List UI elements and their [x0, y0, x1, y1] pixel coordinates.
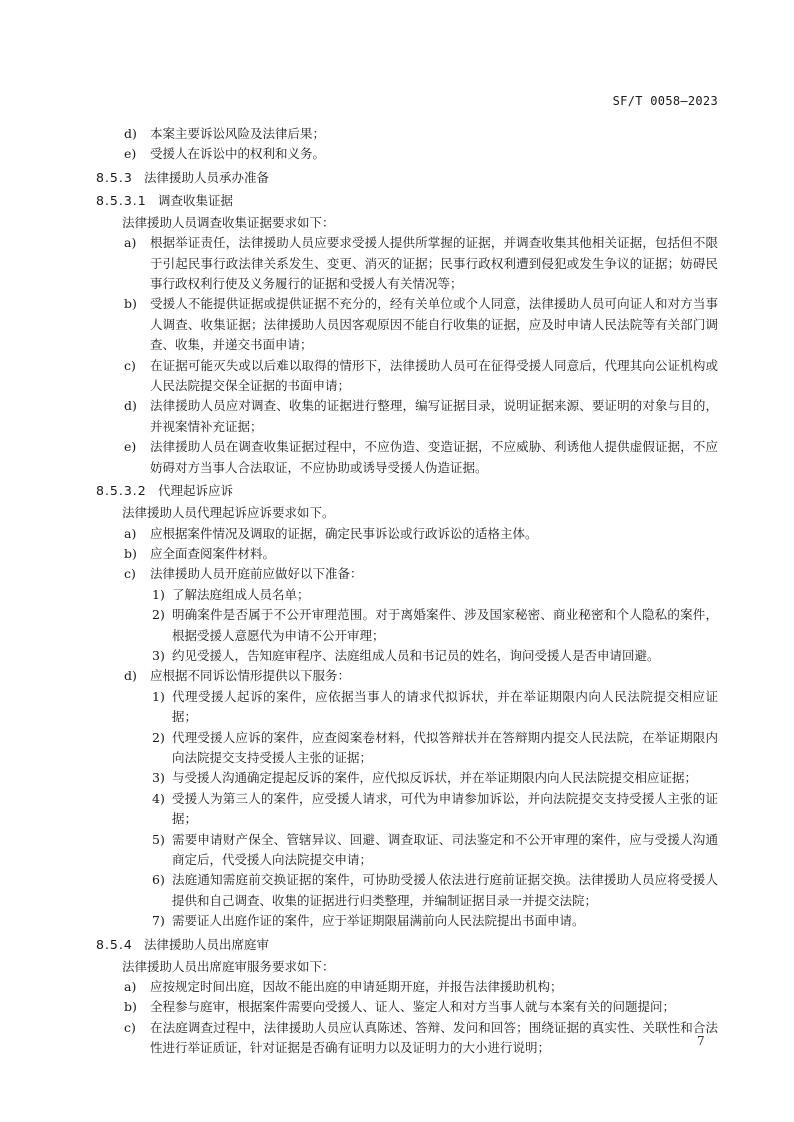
sub-list-marker: 6)	[152, 870, 165, 890]
list-item: e)受援人在诉讼中的权利和义务。	[96, 144, 718, 164]
list-marker: b)	[124, 544, 137, 564]
sub-list-marker: 4)	[152, 789, 165, 809]
sub-list-item-text: 与受援人沟通确定提起反诉的案件，应代拟反诉状，并在举证期限内向人民法院提交相应证…	[172, 768, 718, 788]
list-item-text: 法律援助人员在调查收集证据过程中，不应伪造、变造证据，不应威胁、利诱他人提供虚假…	[150, 437, 718, 478]
list-item: a)应按规定时间出庭，因故不能出庭的申请延期开庭，并报告法律援助机构；	[96, 977, 718, 997]
sub-list-item-text: 受援人为第三人的案件，应受援人请求，可代为申请参加诉讼，并向法院提交支持受援人主…	[172, 789, 718, 830]
document-body: d)本案主要诉讼风险及法律后果； e)受援人在诉讼中的权利和义务。 8.5.3法…	[96, 124, 718, 1059]
sub-list-item: 4)受援人为第三人的案件，应受援人请求，可代为申请参加诉讼，并向法院提交支持受援…	[96, 789, 718, 830]
sub-list-marker: 2)	[152, 728, 165, 748]
list-item-text: 应根据案件情况及调取的证据，确定民事诉讼或行政诉讼的适格主体。	[150, 524, 718, 544]
list-item-text: 应全面查阅案件材料。	[150, 544, 718, 564]
section-title: 调查收集证据	[158, 193, 233, 208]
list-marker: c)	[124, 1018, 136, 1038]
list-marker: b)	[124, 997, 137, 1017]
list-item: c)法律援助人员开庭前应做好以下准备：	[96, 564, 718, 584]
list-item-text: 受援人不能提供证据或提供证据不充分的，经有关单位或个人同意，法律援助人员可向证人…	[150, 294, 718, 355]
intro-paragraph: 法律援助人员出席庭审服务要求如下：	[96, 957, 718, 977]
list-marker: b)	[124, 294, 137, 314]
section-title: 法律援助人员承办准备	[144, 170, 269, 185]
sub-list-item-text: 需要申请财产保全、管辖异议、回避、调查取证、司法鉴定和不公开审理的案件，应与受援…	[172, 830, 718, 871]
list-item-text: 根据举证责任，法律援助人员应要求受援人提供所掌握的证据，并调查收集其他相关证据，…	[150, 233, 718, 294]
intro-paragraph: 法律援助人员调查收集证据要求如下：	[96, 213, 718, 233]
sub-list-item-text: 了解法庭组成人员名单；	[172, 585, 718, 605]
list-item: b)全程参与庭审，根据案件需要向受援人、证人、鉴定人和对方当事人就与本案有关的问…	[96, 997, 718, 1017]
section-title: 代理起诉应诉	[158, 483, 233, 498]
sub-list-item-text: 代理受援人起诉的案件，应依据当事人的请求代拟诉状，并在举证期限内向人民法院提交相…	[172, 687, 718, 728]
list-marker: c)	[124, 564, 136, 584]
list-marker: d)	[124, 124, 137, 144]
list-item: b)受援人不能提供证据或提供证据不充分的，经有关单位或个人同意，法律援助人员可向…	[96, 294, 718, 355]
list-item-text: 在证据可能灭失或以后难以取得的情形下，法律援助人员可在征得受援人同意后，代理其向…	[150, 356, 718, 397]
sub-list-item: 3)约见受援人，告知庭审程序、法庭组成人员和书记员的姓名，询问受援人是否申请回避…	[96, 646, 718, 666]
sub-list-item: 7)需要证人出庭作证的案件，应于举证期限届满前向人民法院提出书面申请。	[96, 911, 718, 931]
list-item-text: 应按规定时间出庭，因故不能出庭的申请延期开庭，并报告法律援助机构；	[150, 977, 718, 997]
list-item-text: 全程参与庭审，根据案件需要向受援人、证人、鉴定人和对方当事人就与本案有关的问题提…	[150, 997, 718, 1017]
sub-list-item-text: 需要证人出庭作证的案件，应于举证期限届满前向人民法院提出书面申请。	[172, 911, 718, 931]
sub-list-item: 6)法庭通知需庭前交换证据的案件，可协助受援人依法进行庭前证据交换。法律援助人员…	[96, 870, 718, 911]
list-item: b)应全面查阅案件材料。	[96, 544, 718, 564]
sub-list-item-text: 约见受援人，告知庭审程序、法庭组成人员和书记员的姓名，询问受援人是否申请回避。	[172, 646, 718, 666]
list-marker: c)	[124, 356, 136, 376]
list-item-text: 应根据不同诉讼情形提供以下服务：	[150, 666, 718, 686]
sub-list-item: 1)代理受援人起诉的案件，应依据当事人的请求代拟诉状，并在举证期限内向人民法院提…	[96, 687, 718, 728]
list-item: c)在法庭调查过程中，法律援助人员应认真陈述、答辩、发问和回答；围绕证据的真实性…	[96, 1018, 718, 1059]
sub-list-marker: 1)	[152, 585, 165, 605]
sub-list-marker: 3)	[152, 768, 165, 788]
list-marker: e)	[124, 437, 136, 457]
list-marker: e)	[124, 144, 136, 164]
section-title: 法律援助人员出席庭审	[144, 937, 269, 952]
sub-list-item: 5)需要申请财产保全、管辖异议、回避、调查取证、司法鉴定和不公开审理的案件，应与…	[96, 830, 718, 871]
section-heading-8-5-4: 8.5.4法律援助人员出席庭审	[96, 935, 718, 955]
list-item-text: 本案主要诉讼风险及法律后果；	[150, 126, 325, 141]
sub-list-item: 1)了解法庭组成人员名单；	[96, 585, 718, 605]
section-heading-8-5-3-2: 8.5.3.2代理起诉应诉	[96, 481, 718, 501]
list-item-text: 受援人在诉讼中的权利和义务。	[150, 146, 325, 161]
sub-list-marker: 7)	[152, 911, 165, 931]
sub-list-item: 2)代理受援人应诉的案件，应查阅案卷材料，代拟答辩状并在答辩期内提交人民法院，在…	[96, 728, 718, 769]
sub-list-item: 2)明确案件是否属于不公开审理范围。对于离婚案件、涉及国家秘密、商业秘密和个人隐…	[96, 605, 718, 646]
list-item-text: 法律援助人员应对调查、收集的证据进行整理，编写证据目录，说明证据来源、要证明的对…	[150, 396, 718, 437]
sub-list-marker: 2)	[152, 605, 165, 625]
section-heading-8-5-3-1: 8.5.3.1调查收集证据	[96, 191, 718, 211]
list-item: d)法律援助人员应对调查、收集的证据进行整理，编写证据目录，说明证据来源、要证明…	[96, 396, 718, 437]
sub-list-item-text: 代理受援人应诉的案件，应查阅案卷材料，代拟答辩状并在答辩期内提交人民法院，在举证…	[172, 728, 718, 769]
sub-list-item: 3)与受援人沟通确定提起反诉的案件，应代拟反诉状，并在举证期限内向人民法院提交相…	[96, 768, 718, 788]
list-item: a)应根据案件情况及调取的证据，确定民事诉讼或行政诉讼的适格主体。	[96, 524, 718, 544]
sub-list-marker: 1)	[152, 687, 165, 707]
sub-list-marker: 5)	[152, 830, 165, 850]
page-number: 7	[697, 1034, 705, 1048]
standard-code: SF/T 0058—2023	[613, 94, 718, 108]
list-marker: d)	[124, 666, 137, 686]
section-number: 8.5.3.2	[96, 481, 158, 501]
sub-list-marker: 3)	[152, 646, 165, 666]
list-marker: a)	[124, 524, 136, 544]
intro-paragraph: 法律援助人员代理起诉应诉要求如下。	[96, 503, 718, 523]
section-number: 8.5.4	[96, 935, 144, 955]
section-number: 8.5.3	[96, 168, 144, 188]
list-marker: a)	[124, 233, 136, 253]
list-marker: a)	[124, 977, 136, 997]
section-number: 8.5.3.1	[96, 191, 158, 211]
list-marker: d)	[124, 396, 137, 416]
list-item-text: 法律援助人员开庭前应做好以下准备：	[150, 564, 718, 584]
list-item: c)在证据可能灭失或以后难以取得的情形下，法律援助人员可在征得受援人同意后，代理…	[96, 356, 718, 397]
list-item: d)本案主要诉讼风险及法律后果；	[96, 124, 718, 144]
list-item-text: 在法庭调查过程中，法律援助人员应认真陈述、答辩、发问和回答；围绕证据的真实性、关…	[150, 1018, 718, 1059]
sub-list-item-text: 法庭通知需庭前交换证据的案件，可协助受援人依法进行庭前证据交换。法律援助人员应将…	[172, 870, 718, 911]
list-item: a)根据举证责任，法律援助人员应要求受援人提供所掌握的证据，并调查收集其他相关证…	[96, 233, 718, 294]
list-item: d)应根据不同诉讼情形提供以下服务：	[96, 666, 718, 686]
sub-list-item-text: 明确案件是否属于不公开审理范围。对于离婚案件、涉及国家秘密、商业秘密和个人隐私的…	[172, 605, 718, 646]
list-item: e)法律援助人员在调查收集证据过程中，不应伪造、变造证据，不应威胁、利诱他人提供…	[96, 437, 718, 478]
section-heading-8-5-3: 8.5.3法律援助人员承办准备	[96, 168, 718, 188]
